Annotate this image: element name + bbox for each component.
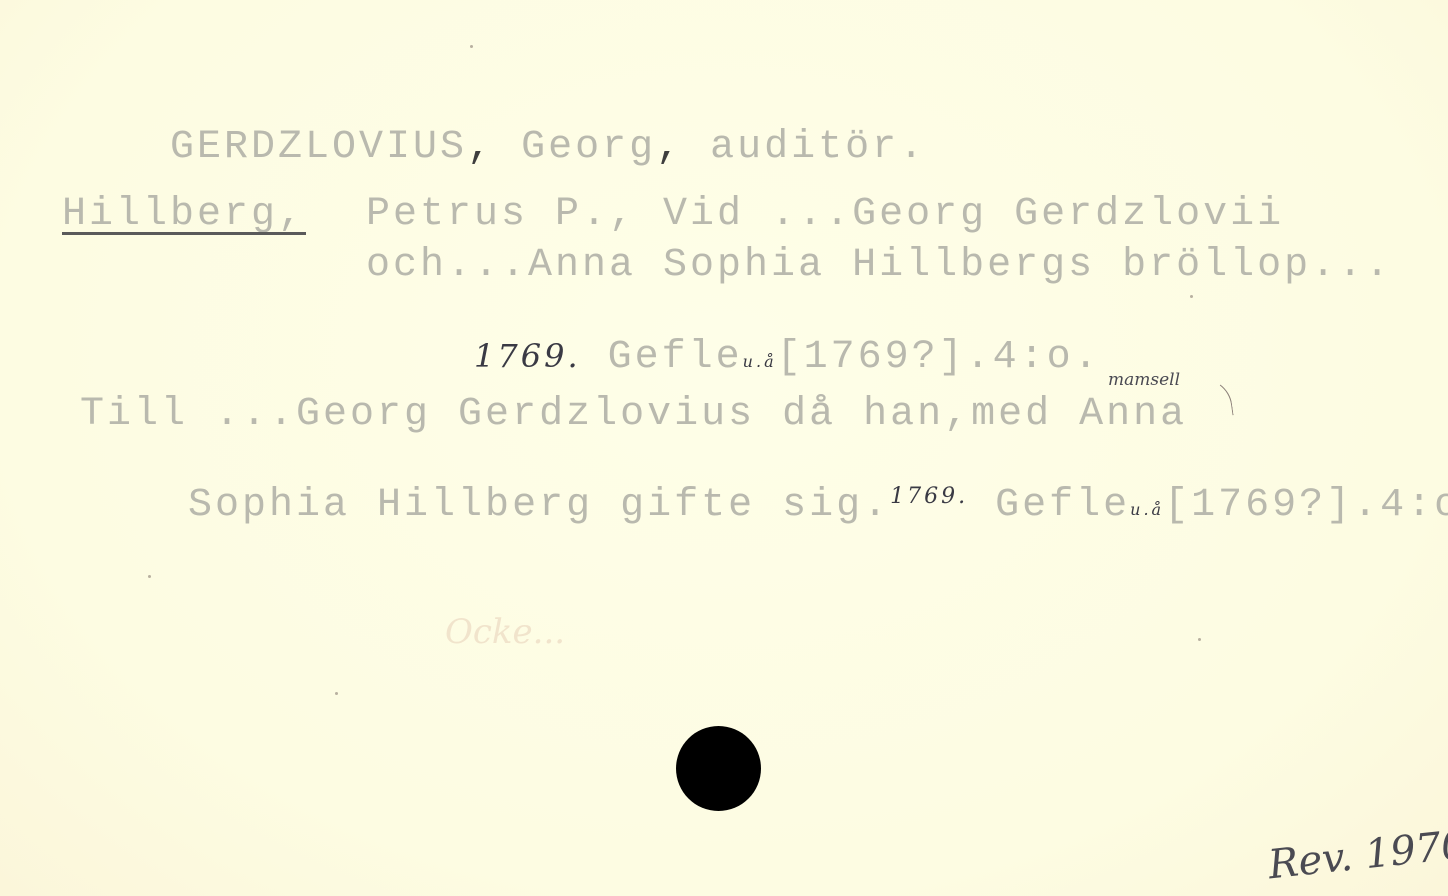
annotation-mamsell: mamsell xyxy=(1108,370,1180,390)
paper-speck xyxy=(470,45,473,48)
heading-title: auditör. xyxy=(710,125,926,170)
paper-speck xyxy=(335,692,338,695)
imprint-place: Gefle xyxy=(995,483,1130,528)
entry2-title-end: Sophia Hillberg gifte sig. xyxy=(188,483,890,528)
paper-speck xyxy=(1190,295,1193,298)
heading-surname: GERDZLOVIUS xyxy=(170,125,467,170)
punch-hole xyxy=(676,726,761,811)
entry1-line2: och...Anna Sophia Hillbergs bröllop... xyxy=(366,246,1392,286)
paper-speck xyxy=(1198,638,1201,641)
imprint-rest: [1769?].4:o xyxy=(1164,483,1448,528)
card-heading: GERDZLOVIUS, Georg, auditör. xyxy=(62,88,926,208)
imprint-place: Gefle xyxy=(608,335,743,380)
entry1-author: Hillberg, xyxy=(62,195,305,235)
faint-pencil-note: Ocke... xyxy=(445,612,565,652)
entry2-line1: Till ...Georg Gerdzlovius då han,med Ann… xyxy=(80,395,1187,435)
imprint-rest: [1769?].4:o. xyxy=(777,335,1101,380)
paper-speck xyxy=(148,575,151,578)
heading-given-name: Georg xyxy=(521,125,656,170)
heading-comma: , xyxy=(467,125,521,170)
handwritten-year: 1769. xyxy=(474,337,581,375)
entry2-line2: Sophia Hillberg gifte sig.1769. Gefleu.å… xyxy=(80,446,1448,566)
handwritten-abbrev: u.å xyxy=(1130,500,1164,519)
entry1-line1: Petrus P., Vid ...Georg Gerdzlovii xyxy=(366,195,1284,235)
handwritten-year: 1769. xyxy=(890,484,968,509)
handwritten-abbrev: u.å xyxy=(743,352,777,371)
heading-comma: , xyxy=(656,125,710,170)
revision-note: Rev. 1970 xyxy=(1266,822,1448,889)
author-underline xyxy=(62,232,306,235)
catalog-card: GERDZLOVIUS, Georg, auditör. Hillberg, P… xyxy=(0,0,1448,896)
